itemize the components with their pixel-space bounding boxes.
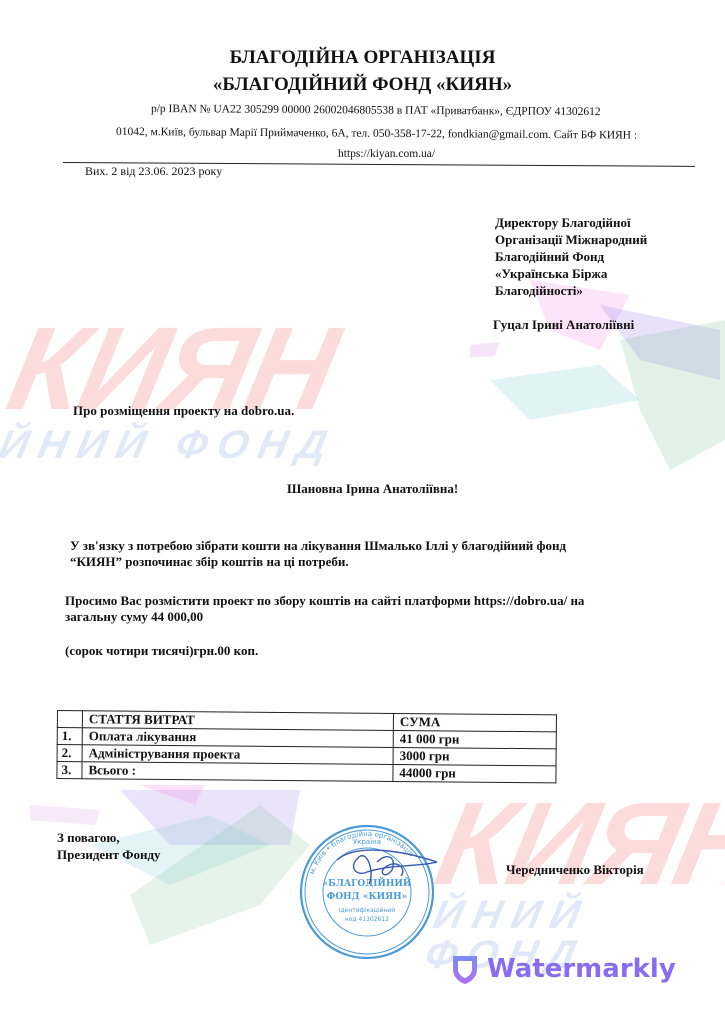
addressee-line: Директору Благодійної (495, 214, 647, 231)
shield-icon (451, 953, 479, 985)
greeting: Шановна Ірина Анатоліївна! (287, 481, 458, 497)
addressee-line: Благодійності» (495, 282, 647, 299)
watermarkly-badge: Watermarkly (451, 953, 676, 985)
closing-regards: З повагою, (57, 829, 161, 846)
bank-details: р/р IBAN № UA22 305299 00000 26002046805… (151, 103, 601, 118)
org-name-line2: «БЛАГОДІЙНИЙ ФОНД «КИЯН» (0, 74, 725, 96)
stamp-code-label: ідентифікаційний (339, 907, 395, 914)
paragraph-line: загальну суму 44 000,00 (65, 609, 584, 625)
addressee-block: Директору Благодійної Організації Міжнар… (495, 214, 647, 299)
body-paragraph-2: Просимо Вас розмістити проект по збору к… (65, 593, 584, 625)
outgoing-reference: Вих. 2 від 23.06. 2023 року (85, 164, 222, 179)
org-name-line1: БЛАГОДІЙНА ОРГАНІЗАЦІЯ (0, 47, 725, 69)
amount-in-words: (сорок чотири тисячі)грн.00 коп. (65, 643, 258, 659)
row-item: Адміністрування проекта (82, 745, 393, 765)
stamp-center-line1: «БЛАГОДІЙНИЙ (323, 876, 412, 889)
closing-title: Президент Фонду (57, 846, 161, 863)
addressee-line: «Українська Біржа (495, 265, 647, 282)
paragraph-line: Просимо Вас розмістити проект по збору к… (65, 593, 584, 609)
watermark-logo-text: КИЯН (427, 785, 725, 903)
contact-address: 01042, м.Київ, бульвар Марії Приймаченко… (116, 126, 637, 142)
table-header-item: СТАТТЯ ВИТРАТ (82, 711, 393, 731)
stamp-top-text: Україна (353, 838, 381, 846)
body-paragraph-1: У зв'язку з потребою зібрати кошти на лі… (70, 538, 566, 570)
expense-table: СТАТТЯ ВИТРАТ СУМА 1. Оплата лікування 4… (56, 710, 557, 783)
stamp-center-line2: ФОНД «КИЯН» (327, 892, 407, 902)
watermarkly-label: Watermarkly (487, 954, 676, 984)
row-number: 3. (57, 762, 82, 779)
watermark-logo-subtext: ЙНИЙ ФОНД (0, 425, 341, 465)
closing-block: З повагою, Президент Фонду (57, 829, 161, 863)
table-row: 3. Всього : 44000 грн (57, 762, 556, 783)
signer-name: Чередниченко Вікторія (506, 862, 644, 878)
row-amount: 3000 грн (393, 747, 556, 765)
row-number: 1. (57, 728, 82, 745)
row-amount: 44000 грн (393, 764, 556, 782)
official-stamp: м. Київ • благодійна організація Україна… (297, 822, 437, 962)
table-header-num (57, 711, 82, 728)
watermark-geometric-shapes (470, 270, 725, 470)
row-amount: 41 000 грн (393, 730, 556, 748)
addressee-line: Благодійний Фонд (495, 248, 647, 265)
paragraph-line: “КИЯН” розпочинає збір коштів на ці потр… (70, 554, 566, 570)
paragraph-line: У зв'язку з потребою зібрати кошти на лі… (70, 538, 566, 554)
row-item: Всього : (82, 762, 393, 782)
stamp-code: код 41302612 (345, 916, 389, 923)
addressee-name: Гуцал Ірині Анатоліївні (493, 317, 634, 333)
row-item: Оплата лікування (82, 728, 393, 748)
addressee-line: Організації Міжнародний (495, 231, 647, 248)
letter-subject: Про розміщення проекту на dobro.ua. (73, 403, 294, 419)
website-link[interactable]: https://kiyan.com.ua/ (338, 148, 435, 160)
row-number: 2. (57, 745, 82, 762)
table-header-amount: СУМА (393, 713, 556, 731)
